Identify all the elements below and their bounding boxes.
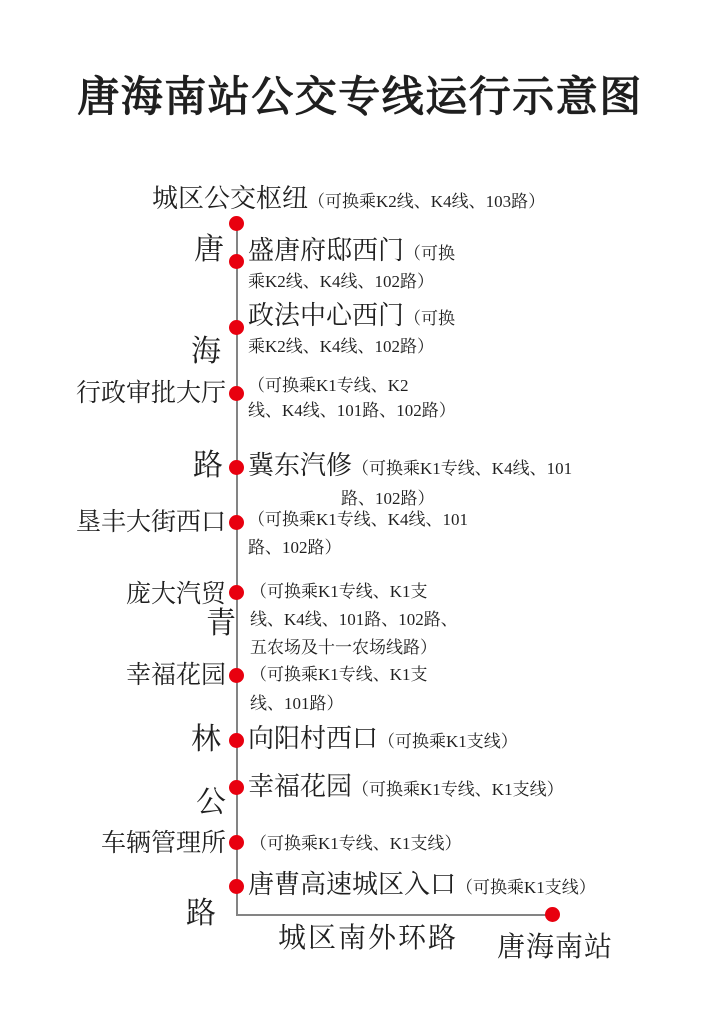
station-row: 城区公交枢纽（可换乘K2线、K4线、103路） [152, 184, 545, 214]
station-row: 向阳村西口（可换乘K1支线） [248, 724, 518, 754]
road-label-char-tanghai: 海 [191, 336, 221, 368]
station-name: 向阳村西口 [248, 724, 378, 753]
station-dot [229, 320, 244, 335]
station-name: 盛唐府邸西门 [248, 236, 404, 265]
station-dot [229, 733, 244, 748]
station-name: 行政审批大厅 [60, 379, 226, 409]
station-name: 庞大汽贸 [60, 580, 226, 610]
station-name: 唐曹高速城区入口 [248, 870, 456, 899]
station-name: 幸福花园 [60, 661, 226, 691]
terminal-station-label: 唐海南站 [497, 932, 613, 964]
station-dot [229, 386, 244, 401]
station-name: 城区公交枢纽 [152, 184, 308, 213]
station-dot [229, 460, 244, 475]
station-name: 政法中心西门 [248, 301, 404, 330]
station-dot [229, 668, 244, 683]
station-transfer: （可换 [404, 309, 455, 328]
station-transfer: （可换乘K1专线、K1支线） [250, 831, 462, 856]
terminal-station-dot [545, 907, 560, 922]
station-dot [229, 780, 244, 795]
road-label-south-ring: 城区南外环路 [278, 923, 458, 955]
station-transfer: （可换 [404, 244, 455, 263]
station-name: 冀东汽修 [248, 451, 352, 480]
road-label-char-qinglin: 林 [191, 724, 221, 756]
station-dot [229, 216, 244, 231]
station-row: 幸福花园（可换乘K1专线、K1支线） [248, 772, 564, 802]
station-transfer-continuation: 乘K2线、K4线、102路） [248, 335, 455, 359]
station-name: 车辆管理所 [60, 829, 226, 859]
station-name: 幸福花园 [248, 772, 352, 801]
station-transfer: （可换乘K1专线、K1支线） [352, 780, 564, 799]
station-dot [229, 515, 244, 530]
road-label-char-qinglin: 青 [206, 608, 236, 640]
diagram-title: 唐海南站公交专线运行示意图 [0, 72, 720, 125]
road-label-char-tanghai: 路 [193, 450, 223, 482]
station-row: 政法中心西门（可换 乘K2线、K4线、102路） [248, 301, 455, 359]
station-transfer: （可换乘K1专线、K1支 线、K4线、101路、102路、 五农场及十一农场线路… [250, 578, 458, 662]
station-row: 冀东汽修（可换乘K1专线、K4线、101 路、102路） [248, 451, 572, 511]
road-label-char-tanghai: 唐 [194, 234, 224, 266]
station-name: 垦丰大街西口 [60, 508, 226, 538]
station-dot [229, 585, 244, 600]
station-dot [229, 254, 244, 269]
station-row: 盛唐府邸西门（可换 乘K2线、K4线、102路） [248, 236, 455, 294]
route-line-horizontal [236, 914, 554, 916]
route-diagram: 唐海南站公交专线运行示意图 唐 海 路 青 林 公 路 城区公交枢纽（可换乘K2… [0, 0, 720, 1030]
station-transfer: （可换乘K1支线） [456, 878, 596, 897]
station-transfer: （可换乘K1专线、K1支 线、101路） [250, 660, 428, 718]
station-transfer: （可换乘K1支线） [378, 732, 518, 751]
road-label-char-qinglin: 公 [196, 787, 226, 819]
station-dot [229, 879, 244, 894]
station-transfer-continuation: 乘K2线、K4线、102路） [248, 270, 455, 294]
station-dot [229, 835, 244, 850]
station-transfer: （可换乘K2线、K4线、103路） [308, 192, 545, 211]
station-row: 唐曹高速城区入口（可换乘K1支线） [248, 870, 596, 900]
road-label-char-qinglin: 路 [186, 898, 216, 930]
station-transfer: （可换乘K1专线、K2 线、K4线、101路、102路） [248, 373, 456, 423]
station-transfer: （可换乘K1专线、K4线、101 [352, 459, 572, 478]
station-transfer: （可换乘K1专线、K4线、101 路、102路） [248, 506, 468, 562]
